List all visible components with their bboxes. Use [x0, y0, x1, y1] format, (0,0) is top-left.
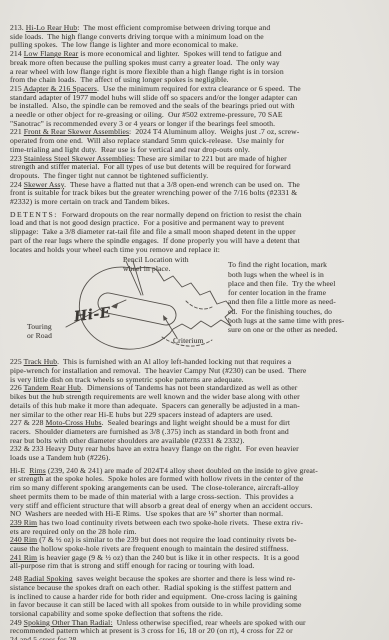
paragraph-hi-e-rims: Hi-E Rims (239, 240 & 241) are made of 2…	[10, 467, 385, 519]
page-body: 213. Hi-Lo Rear Hub: The most efficient …	[10, 24, 385, 640]
scanned-catalog-page: 213. Hi-Lo Rear Hub: The most efficient …	[0, 0, 389, 640]
paragraph-213: 213. Hi-Lo Rear Hub: The most efficient …	[10, 24, 385, 50]
paragraph-detents: DETENTS: Forward dropouts on the rear no…	[10, 211, 385, 255]
text-line: loads use a Tandem hub (#226).	[10, 454, 385, 463]
paragraph-248: 248 Radial Spoking saves weight because …	[10, 575, 385, 619]
criterium-arrowhead-icon	[163, 315, 168, 321]
criterium-label: Criterium	[173, 336, 204, 345]
text-line: #2332) is more certain on track and Tand…	[10, 198, 385, 207]
paragraph-241: 241 Rim is heavier gage (9 & ½ oz) than …	[10, 554, 385, 571]
pencil-location-label: Pencil Location with wheel in place.	[123, 255, 189, 273]
paragraph-240: 240 Rim (7 & ½ oz) is similar to the 239…	[10, 536, 385, 553]
paragraph-223: 223 Stainless Steel Skewer Assemblies: T…	[10, 155, 385, 181]
touring-or-road-label: Touring or Road	[27, 322, 52, 340]
text-block-top: 213. Hi-Lo Rear Hub: The most efficient …	[10, 24, 385, 254]
paragraph-226: 226 Tandem Rear Hub. Dimensions of Tande…	[10, 384, 385, 419]
slot-mark-arrowhead-icon	[111, 303, 118, 309]
paragraph-239: 239 Rim has two load continuity rivets b…	[10, 519, 385, 536]
paragraph-215-216: 215 Adapter & 216 Spacers. Use the minim…	[10, 85, 385, 129]
diagram-side-text: To find the right location, mark both lu…	[228, 260, 344, 334]
text-line: 24 and 5 cross for 28.	[10, 636, 385, 640]
paragraph-232-233: 232 & 233 Heavy Duty rear hubs have an e…	[10, 445, 385, 462]
hidden-edge-dashed-2	[186, 301, 212, 309]
text-line: all-purpose rim that is strong and stiff…	[10, 562, 385, 571]
paragraph-225: 225 Track Hub. This is furnished with an…	[10, 358, 385, 384]
text-line: locates and holds your wheel each time y…	[10, 246, 385, 255]
paragraph-221: 221 Front & Rear Skewer Assemblies: 2024…	[10, 128, 385, 154]
hub-lug-diagram: Hi-E Pencil Location with wheel in place…	[10, 257, 385, 358]
paragraph-224: 224 Skewer Assy. These have a flatted nu…	[10, 181, 385, 207]
paragraph-227-228: 227 & 228 Moto-Cross Hubs. Sealed bearin…	[10, 419, 385, 445]
paragraph-214: 214 Low Flange Rear is more economical a…	[10, 50, 385, 85]
paragraph-249: 249 Spoking Other Than Radial: Unless ot…	[10, 619, 385, 640]
text-block-bottom: 225 Track Hub. This is furnished with an…	[10, 358, 385, 640]
